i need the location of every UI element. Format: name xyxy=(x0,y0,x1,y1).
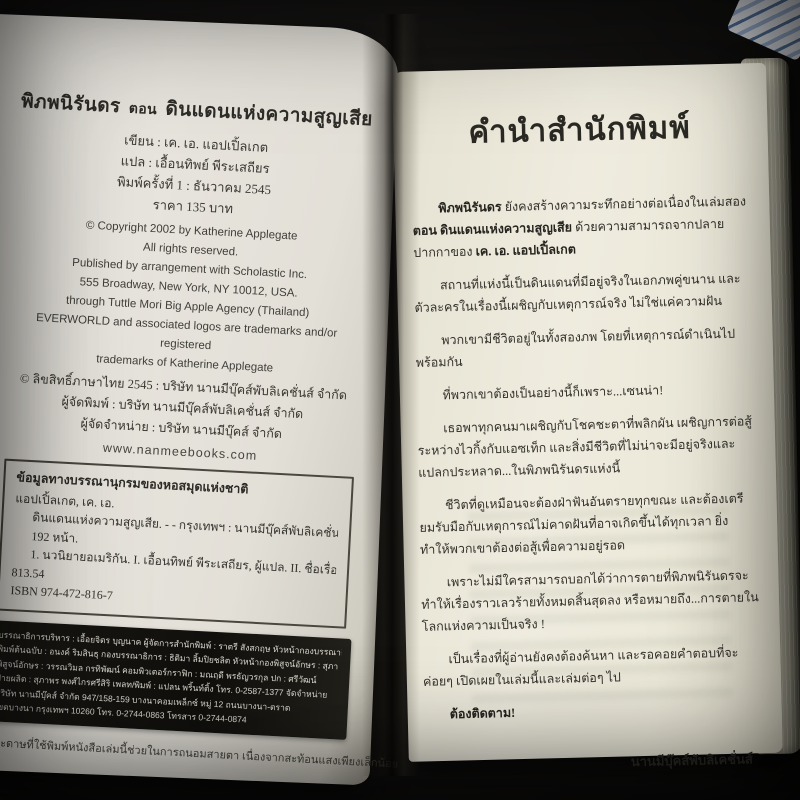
series-name-bold: พิภพนิรันดร xyxy=(438,200,502,215)
preface-title: คำนำสำนักพิมพ์ xyxy=(410,100,749,158)
copyright-block: © Copyright 2002 by Katherine Applegate … xyxy=(7,213,368,383)
striped-corner-object xyxy=(726,0,800,61)
publisher-signature: นานมีบุ๊คส์พับลิเคชั่นส์ xyxy=(425,748,763,777)
left-page-content: พิภพนิรันดร ตอน ดินแดนแห่งความสูญเสีย เข… xyxy=(0,86,376,769)
imprint-meta: เขียน : เค. เอ. แอปเปิ้ลเกต แปล : เอื้อน… xyxy=(16,124,374,226)
bibliography-box: ข้อมูลทางบรรณานุกรมของหอสมุดแห่งชาติ แอป… xyxy=(0,459,354,629)
preface-paragraph: เป็นเรื่องที่ผู้อ่านยังคงต้องค้นหา และรอ… xyxy=(422,641,761,693)
book-photo: พิภพนิรันดร ตอน ดินแดนแห่งความสูญเสีย เข… xyxy=(0,0,800,800)
book-title-series: พิภพนิรันดร xyxy=(21,91,121,117)
preface-paragraph: ชีวิตที่ดูเหมือนจะต้องฝ่าฟันอันตรายทุกขณ… xyxy=(419,487,758,561)
episode-name-bold: ตอน ดินแดนแห่งความสูญเสีย xyxy=(413,220,573,238)
preface-paragraph: เพราะไม่มีใครสามารถบอกได้ว่าการตายที่พิภ… xyxy=(421,564,760,638)
preface-paragraph: เธอพาทุกคนมาเผชิญกับโชคชะตาที่พลิกผัน เผ… xyxy=(417,410,756,484)
colophon-box: บรรณาธิการบริหาร : เอื้อยจิตร บุญนาค ผู้… xyxy=(0,620,352,740)
preface-paragraph: พวกเขามีชีวิตอยู่ในทั้งสองภพ โดยที่เหตุก… xyxy=(415,322,754,374)
book-title-episode: ดินแดนแห่งความสูญเสีย xyxy=(165,99,373,131)
right-page-content: คำนำสำนักพิมพ์ พิภพนิรันดร ยังคงสร้างควา… xyxy=(410,100,763,776)
preface-paragraph: สถานที่แห่งนี้เป็นดินแดนที่มีอยู่จริงในเ… xyxy=(414,267,753,319)
preface-paragraph: พิภพนิรันดร ยังคงสร้างความระทึกอย่างต่อเ… xyxy=(412,190,751,264)
book-title-episode-label: ตอน xyxy=(124,101,161,118)
preface-paragraph: ที่พวกเขาต้องเป็นอย่างนี้ก็เพราะ...เซนน่… xyxy=(416,377,754,407)
preface-closing: ต้องติดตาม! xyxy=(424,696,762,726)
author-name-bold: เค. เอ. แอปเปิ้ลเกต xyxy=(476,242,577,258)
